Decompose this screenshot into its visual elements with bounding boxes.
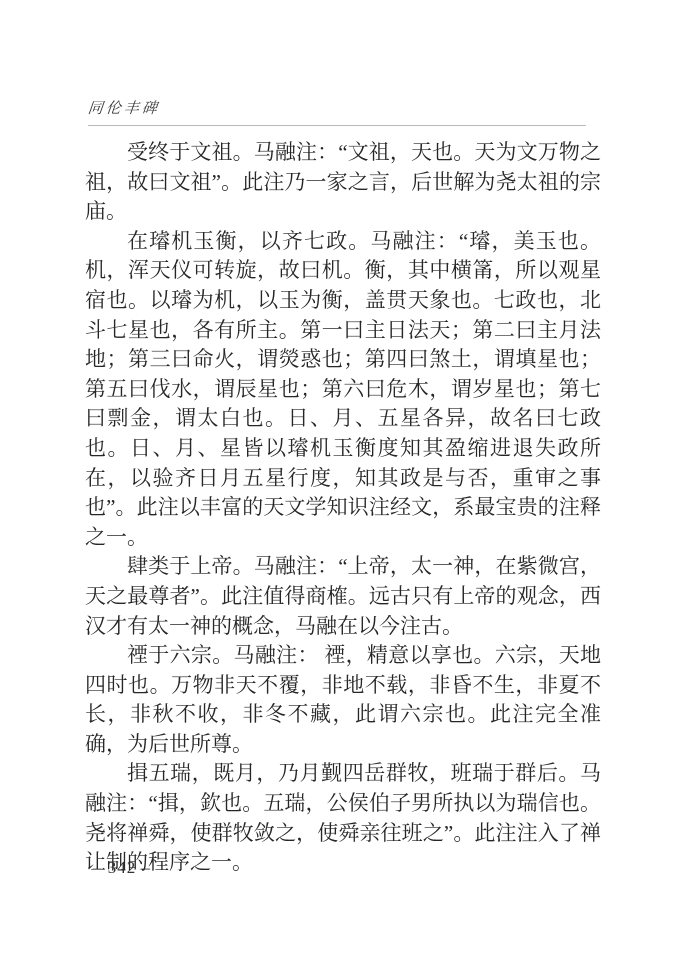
paragraph-wurui: 揖五瑞，既月，乃月觐四岳群牧，班瑞于群后。马融注：“揖，欽也。五瑞，公侯伯子男所… [85,759,601,877]
paragraph-xuanji-yuheng: 在璿机玉衡，以齐七政。马融注：“璿，美玉也。机，浑天仪可转旋，故曰机。衡，其中横… [85,227,601,553]
book-page: 同伦丰碑 受终于文祖。马融注：“文祖，天也。天为文万物之祖，故曰文祖”。此注乃一… [0,0,692,968]
paragraph-liuzong: 禋于六宗。马融注： 禋，精意以享也。六宗，天地四时也。万物非天不覆，非地不载，非… [85,641,601,759]
running-header-title: 同伦丰碑 [87,97,161,118]
page-body: 受终于文祖。马融注：“文祖，天也。天为文万物之祖，故曰文祖”。此注乃一家之言，后… [85,138,601,878]
page-footer: – 342 – [93,858,151,878]
paragraph-wenzu: 受终于文祖。马融注：“文祖，天也。天为文万物之祖，故曰文祖”。此注乃一家之言，后… [85,138,601,227]
running-header: 同伦丰碑 [88,97,586,126]
page-number: – 342 – [93,858,151,877]
paragraph-shangdi: 肆类于上帝。马融注：“上帝，太一神，在紫微宫，天之最尊者”。此注值得商榷。远古只… [85,552,601,641]
header-divider [88,125,586,126]
